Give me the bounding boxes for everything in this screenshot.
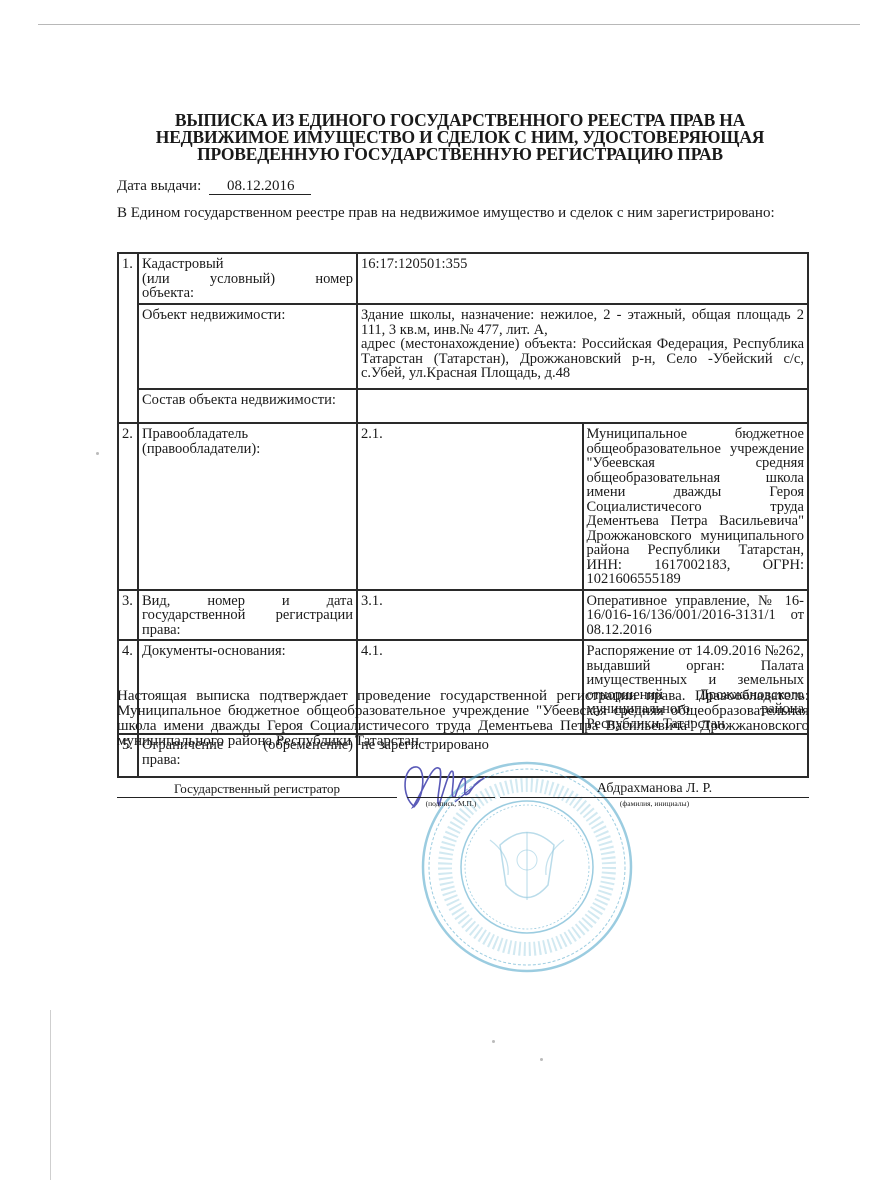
row-number: 3.: [118, 590, 138, 641]
registrar-role: Государственный регистратор: [117, 781, 397, 798]
object-value: Здание школы, назначение: нежилое, 2 - э…: [357, 304, 808, 389]
holder-label: Правообладатель (правообладатели):: [138, 423, 357, 590]
object-label: Объект недвижимости:: [138, 304, 357, 389]
table-row: 3. Вид, номер и дата государственной рег…: [118, 590, 808, 641]
issue-date-label: Дата выдачи:: [117, 178, 201, 194]
signature-line: [407, 781, 495, 798]
issue-date-value: 08.12.2016: [209, 179, 311, 195]
signature-block: Государственный регистратор (подпись, М.…: [117, 781, 809, 821]
row-number: 2.: [118, 423, 138, 590]
label-line: объекта:: [142, 286, 353, 301]
table-row: Объект недвижимости: Здание школы, назна…: [118, 304, 808, 389]
composition-value: [357, 389, 808, 423]
cadastral-value: 16:17:120501:355: [357, 253, 808, 304]
closing-paragraph: Настоящая выписка подтверждает проведени…: [117, 689, 809, 749]
scan-speck: [96, 452, 99, 455]
table-row: Состав объекта недвижимости:: [118, 389, 808, 423]
signature-caption: (подпись, М.П.): [407, 799, 495, 808]
issue-date: Дата выдачи: 08.12.2016: [117, 178, 311, 195]
document-title: ВЫПИСКА ИЗ ЕДИНОГО ГОСУДАРСТВЕННОГО РЕЕС…: [110, 112, 810, 163]
registration-label: Вид, номер и дата государственной регист…: [138, 590, 357, 641]
title-line: ПРОВЕДЕННУЮ ГОСУДАРСТВЕННУЮ РЕГИСТРАЦИЮ …: [110, 146, 810, 163]
holder-value: Муниципальное бюджетное общеобразователь…: [583, 423, 809, 590]
cadastral-label: Кадастровый (или условный) номер объекта…: [138, 253, 357, 304]
scan-edge-line-left: [50, 1010, 51, 1180]
sub-number: 3.1.: [357, 590, 583, 641]
registrar-name: Абдрахманова Л. Р.: [500, 781, 809, 798]
intro-paragraph: В Едином государственном реестре прав на…: [117, 206, 809, 221]
sub-number: 2.1.: [357, 423, 583, 590]
name-caption: (фамилия, инициалы): [500, 799, 809, 808]
scan-speck: [540, 1058, 543, 1061]
table-row: 2. Правообладатель (правообладатели): 2.…: [118, 423, 808, 590]
scan-speck: [492, 1040, 495, 1043]
object-address: адрес (местонахождение) объекта: Российс…: [361, 337, 804, 381]
row-number: 1.: [118, 253, 138, 423]
composition-label: Состав объекта недвижимости:: [138, 389, 357, 423]
registration-value: Оперативное управление, № 16-16/016-16/1…: [583, 590, 809, 641]
label-line: (или условный) номер: [142, 272, 353, 287]
table-row: 1. Кадастровый (или условный) номер объе…: [118, 253, 808, 304]
object-description: Здание школы, назначение: нежилое, 2 - э…: [361, 308, 804, 337]
scan-edge-line: [38, 24, 860, 25]
label-line: Кадастровый: [142, 257, 353, 272]
